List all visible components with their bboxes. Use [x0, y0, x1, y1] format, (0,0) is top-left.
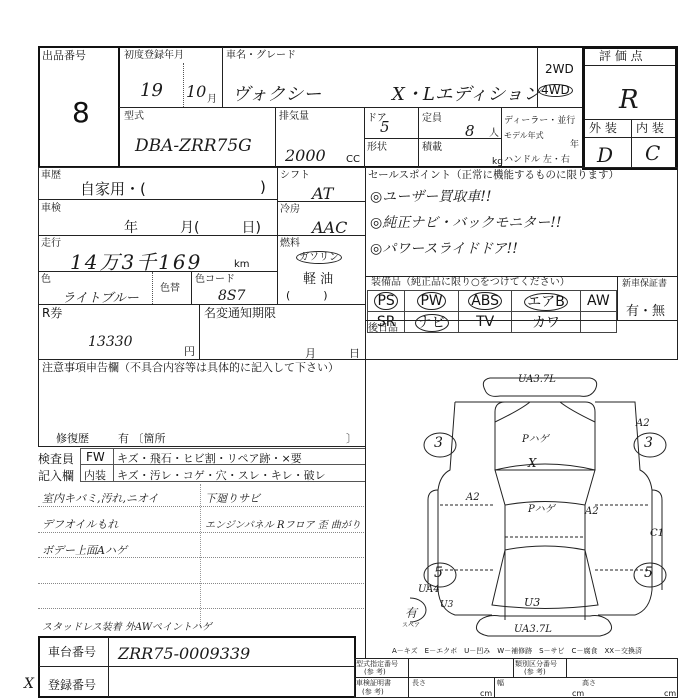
- fuel-other: ( ): [286, 287, 328, 303]
- name-change-label: 名変通知期限: [204, 308, 276, 319]
- sales-point-1: ◎ユーザー買取車!!: [370, 186, 491, 206]
- diag-left-rear-lower: UA4: [418, 584, 440, 595]
- divider: [537, 47, 538, 107]
- chassis-label: 車台番号: [48, 643, 96, 660]
- inspector-label-1: 検査員: [38, 450, 74, 467]
- divider: [585, 65, 675, 66]
- recycle-label: R券: [42, 308, 62, 319]
- inspector-row-1: キズ・飛石・ヒビ割・リペア跡・×要: [117, 450, 302, 466]
- diag-spare: 有: [405, 604, 417, 621]
- warranty-label: 新車保証書: [622, 279, 667, 290]
- length-unit: cm: [480, 688, 492, 699]
- inspection-label: 車検: [41, 203, 61, 214]
- divider: [39, 666, 355, 667]
- divider: [354, 677, 678, 678]
- diag-right-panel: A2: [585, 506, 599, 517]
- inspector-interior: 内装: [84, 467, 106, 483]
- diag-left-panel: A2: [466, 492, 480, 503]
- diag-rear-bumper: UA3.7L: [514, 624, 552, 635]
- diag-left-rear-extra: U3: [440, 600, 453, 610]
- recycle-value: 13330: [88, 334, 133, 350]
- inspector-row-2: キズ・汚レ・コゲ・穴・スレ・キレ・破レ: [117, 467, 326, 483]
- height-label: 高さ: [582, 678, 596, 689]
- load-label: 積載: [422, 142, 442, 153]
- equip-ps: PS: [368, 291, 405, 312]
- diag-hood: Pハゲ: [522, 430, 549, 445]
- divider: [277, 235, 365, 236]
- later-items-box: [365, 320, 678, 360]
- diag-right-front: A2: [636, 418, 650, 429]
- tire-front-right: 3: [644, 435, 653, 451]
- divider: [566, 658, 567, 678]
- divider: [38, 608, 366, 609]
- cert-sub: (参 考): [362, 687, 384, 698]
- model-code: DBA-ZRR75G: [135, 136, 252, 156]
- mileage-unit: km: [234, 259, 250, 270]
- diag-right-rear: C1: [650, 528, 664, 539]
- first-reg-year: 19: [140, 80, 163, 101]
- divider: [365, 359, 366, 659]
- divider: [364, 107, 365, 167]
- divider: [199, 304, 200, 360]
- comment-right-2: エンジンパネル Rフロア 歪 曲がり: [205, 516, 361, 531]
- history-value: 自家用・(: [80, 178, 146, 199]
- first-reg-month: 10: [186, 82, 206, 101]
- fuel-label: 燃料: [280, 238, 300, 249]
- exterior-grade: D: [597, 143, 613, 167]
- first-reg-label: 初度登録年月: [124, 50, 184, 61]
- notes-title: 注意事項申告欄（不具合内容等は具体的に記入して下さい）: [42, 362, 339, 373]
- equip-aw: AW: [580, 291, 616, 312]
- dealer-label: ディーラー・並行: [504, 116, 575, 127]
- divider: [222, 47, 223, 107]
- recycle-unit: 円: [184, 346, 195, 357]
- divider: [585, 119, 675, 120]
- repair-label: 修復歴: [56, 430, 89, 446]
- width-unit: cm: [572, 688, 584, 699]
- history-close: ): [260, 178, 266, 196]
- divider: [408, 658, 409, 698]
- divider: [494, 677, 495, 698]
- overall-score: R: [619, 85, 639, 115]
- inspector-fw: FW: [86, 450, 105, 464]
- divider: [275, 107, 276, 167]
- divider: [113, 448, 114, 482]
- type-spec-sub: (参 考): [364, 667, 386, 678]
- divider: [501, 107, 502, 167]
- model-year-unit: 年: [570, 140, 579, 151]
- inspection-value: 年 月( 日): [124, 217, 261, 237]
- grade-box: 評 価 点 R 外 装 内 装 D C: [582, 46, 678, 170]
- diag-roof: Pハゲ: [528, 500, 555, 515]
- lot-box: 出品番号 8: [38, 46, 120, 168]
- inspector-label-2: 記入欄: [38, 467, 74, 484]
- handle-label: ハンドル 左・右: [504, 155, 570, 166]
- exterior-label: 外 装: [589, 123, 617, 134]
- diag-windshield: X: [528, 456, 537, 470]
- height-unit: cm: [664, 688, 676, 699]
- color-change-label: 色替: [160, 283, 180, 294]
- color-code: 8S7: [218, 288, 245, 304]
- equip-airbag: エアB: [512, 291, 580, 312]
- divider: [38, 506, 366, 507]
- tire-rear-left: 5: [434, 565, 443, 581]
- bottom-note: スタッドレス装着 外AWペイントハゲ: [42, 618, 212, 633]
- grade: X・Lエディション: [392, 80, 541, 106]
- divider: [152, 272, 153, 304]
- repair-close: 〕: [346, 430, 357, 446]
- divider: [631, 119, 632, 167]
- drive-4wd: 4WD: [538, 84, 573, 97]
- diag-spare-label: スペア: [402, 620, 420, 631]
- divider: [277, 167, 278, 305]
- equip-pw: PW: [405, 291, 459, 312]
- divider: [38, 199, 278, 200]
- equipment-title: 装備品（純正品に限り○をつけてください）: [371, 277, 570, 288]
- length-label: 長さ: [412, 678, 426, 689]
- reg-label: 登録番号: [48, 676, 96, 693]
- fuel-diesel: 軽 油: [303, 268, 333, 287]
- divider: [277, 201, 365, 202]
- mileage-label: 走行: [41, 238, 61, 249]
- interior-label: 内 装: [636, 123, 664, 134]
- mark: X: [24, 676, 34, 692]
- divider: [38, 271, 278, 272]
- sales-point-3: ◎パワースライドドア!!: [370, 238, 518, 258]
- divider: [38, 235, 278, 236]
- interior-grade: C: [645, 141, 660, 165]
- lot-label: 出品番号: [42, 50, 86, 61]
- history-label: 車歴: [41, 170, 61, 181]
- chassis-value: ZRR75-0009339: [118, 644, 250, 663]
- comment-left-3: ボデー上面Aハゲ: [42, 542, 127, 558]
- divider: [38, 583, 366, 584]
- displacement: 2000: [285, 146, 326, 165]
- month-unit: 月: [207, 94, 217, 105]
- tire-front-left: 3: [434, 435, 443, 451]
- doors: 5: [380, 118, 390, 136]
- divider: [119, 107, 583, 108]
- equip-abs: ABS: [458, 291, 511, 312]
- shift-label: シフト: [280, 170, 310, 181]
- drive-2wd: 2WD: [545, 64, 574, 75]
- capacity-label: 定員: [422, 113, 442, 124]
- comment-left-2: デフオイルもれ: [42, 516, 118, 532]
- divider: [365, 138, 501, 139]
- diag-front-bumper: UA3.7L: [518, 374, 556, 385]
- car-name-label: 車名・グレード: [226, 50, 296, 61]
- comment-right-1: 下廻りサビ: [205, 490, 260, 506]
- repair-value: 有 〔箇所: [118, 430, 166, 446]
- model-year-label: モデル年式: [504, 132, 544, 140]
- diag-rear-lower: U3: [524, 596, 540, 609]
- divider: [183, 63, 184, 107]
- color-code-label: 色コード: [195, 274, 235, 285]
- divider: [418, 107, 419, 167]
- divider: [617, 276, 618, 321]
- divider: [585, 137, 675, 138]
- divider: [513, 658, 514, 678]
- sales-points-title: セールスポイント（正常に機能するものに限ります）: [368, 170, 619, 181]
- displacement-unit: CC: [346, 154, 360, 165]
- car-name: ヴォクシー: [232, 80, 321, 106]
- sales-point-2: ◎純正ナビ・バックモニター!!: [370, 212, 561, 232]
- category-sub: (参 考): [524, 667, 546, 678]
- divider: [38, 532, 366, 533]
- width-label: 幅: [497, 678, 504, 689]
- ac-label: 冷房: [280, 204, 300, 215]
- divider: [191, 272, 192, 304]
- equipment-row-1: PS PW ABS エアB AW: [368, 291, 617, 312]
- model-label: 型式: [124, 111, 144, 122]
- tire-rear-right: 5: [644, 565, 653, 581]
- displacement-label: 排気量: [279, 111, 309, 122]
- grade-title: 評 価 点: [599, 51, 643, 62]
- color-label: 色: [41, 274, 51, 285]
- warranty-value: 有・無: [626, 300, 665, 319]
- later-items-label: 後日品: [368, 323, 398, 334]
- divider: [108, 637, 109, 697]
- comment-left-1: 室内キバミ,汚れ,ニオイ: [42, 490, 158, 506]
- fuel-gasoline: ガソリン: [296, 251, 342, 264]
- shape-label: 形状: [367, 142, 387, 153]
- lot-number: 8: [72, 96, 90, 129]
